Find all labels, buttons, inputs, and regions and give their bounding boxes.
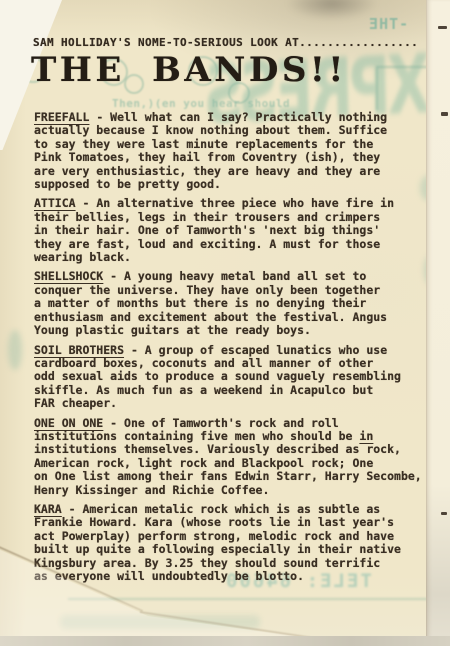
band-paragraphs: FREEFALL - Well what can I say? Practica… <box>34 111 434 589</box>
scan-bottom-edge <box>0 636 450 646</box>
band-paragraph: KARA - American metalic rock which is as… <box>34 503 434 583</box>
edge-mark <box>441 512 447 515</box>
page-content: SAM HOLLIDAY'S NOME-TO-SERIOUS LOOK AT..… <box>0 0 450 646</box>
band-paragraph: ONE ON ONE - One of Tamworth's rock and … <box>34 417 434 497</box>
page-right-edge <box>426 0 450 646</box>
scanned-zine-page: EXPRESS -THE Then,)(en you hear should T… <box>0 0 450 646</box>
edge-mark <box>441 112 448 116</box>
byline: SAM HOLLIDAY'S NOME-TO-SERIOUS LOOK AT..… <box>33 36 418 49</box>
band-paragraph: SOIL BROTHERS - A group of escaped lunat… <box>34 344 434 411</box>
edge-mark <box>438 26 447 29</box>
band-paragraph: FREEFALL - Well what can I say? Practica… <box>34 111 434 191</box>
band-paragraph: ATTICA - An alternative three piece who … <box>34 197 434 264</box>
band-paragraph: SHELLSHOCK - A young heavy metal band al… <box>34 270 434 337</box>
page-title: THE BANDS!! <box>31 51 347 90</box>
